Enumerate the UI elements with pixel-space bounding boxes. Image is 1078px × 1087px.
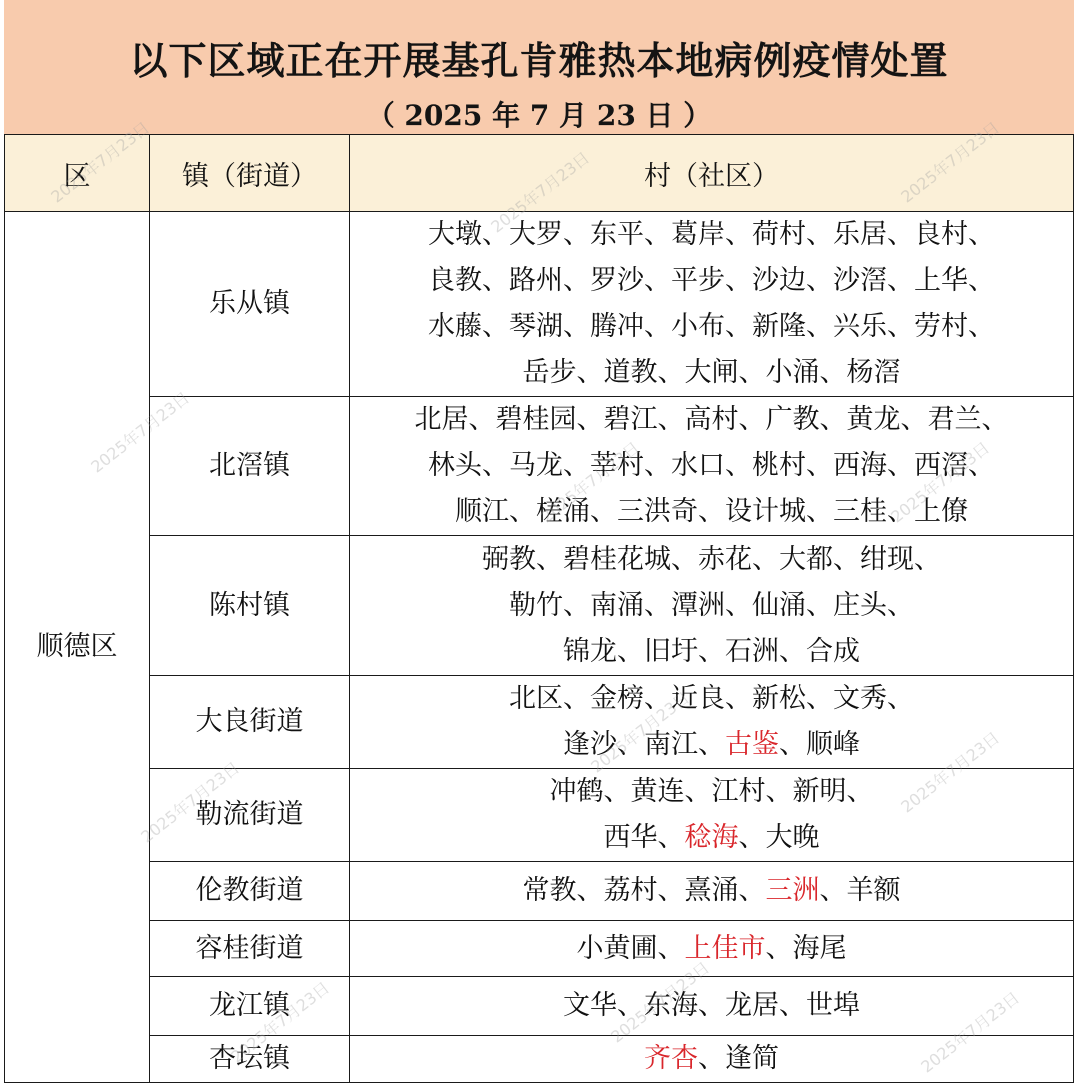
outbreak-area-table: 区 镇（街道） 村（社区） 顺德区乐从镇大墩、大罗、东平、葛岸、荷村、乐居、良村… [4, 134, 1074, 1083]
village-text: 良教、路州、罗沙、平步、沙边、沙滘、上华、 [428, 265, 995, 296]
table-row: 龙江镇文华、东海、龙居、世埠 [5, 977, 1074, 1036]
town-cell: 北滘镇 [150, 397, 350, 536]
header-town: 镇（街道） [150, 135, 350, 212]
village-line: 常教、荔村、熹涌、三洲、羊额 [350, 868, 1073, 914]
highlighted-village: 古鉴 [725, 729, 779, 760]
village-text: 、羊额 [820, 875, 901, 906]
town-cell: 陈村镇 [150, 536, 350, 676]
table-row: 杏坛镇齐杏、逢简 [5, 1036, 1074, 1083]
village-text: 逢沙、南江、 [563, 729, 725, 760]
village-line: 林头、马龙、莘村、水口、桃村、西海、西滘、 [350, 443, 1073, 489]
highlighted-village: 上佳市 [685, 933, 766, 964]
town-cell: 龙江镇 [150, 977, 350, 1036]
title-banner: 以下区域正在开展基孔肯雅热本地病例疫情处置 （ 2025 年 7 月 23 日 … [4, 0, 1074, 135]
village-line: 大墩、大罗、东平、葛岸、荷村、乐居、良村、 [350, 212, 1073, 258]
village-text: 弼教、碧桂花城、赤花、大都、绀现、 [482, 544, 941, 575]
village-cell: 小黄圃、上佳市、海尾 [350, 921, 1074, 977]
table-row: 伦教街道常教、荔村、熹涌、三洲、羊额 [5, 862, 1074, 921]
village-text: 锦龙、旧圩、石洲、合成 [563, 636, 860, 667]
village-text: 、海尾 [766, 933, 847, 964]
village-cell: 齐杏、逢简 [350, 1036, 1074, 1083]
village-text: 北区、金榜、近良、新松、文秀、 [509, 683, 914, 714]
village-line: 北区、金榜、近良、新松、文秀、 [350, 676, 1073, 722]
town-cell: 伦教街道 [150, 862, 350, 921]
village-cell: 常教、荔村、熹涌、三洲、羊额 [350, 862, 1074, 921]
page-title: 以下区域正在开展基孔肯雅热本地病例疫情处置 [4, 30, 1074, 85]
village-line: 小黄圃、上佳市、海尾 [350, 926, 1073, 972]
town-cell: 乐从镇 [150, 212, 350, 397]
village-text: 林头、马龙、莘村、水口、桃村、西海、西滘、 [428, 450, 995, 481]
village-cell: 文华、东海、龙居、世埠 [350, 977, 1074, 1036]
town-cell: 杏坛镇 [150, 1036, 350, 1083]
village-line: 水藤、琴湖、腾冲、小布、新隆、兴乐、劳村、 [350, 304, 1073, 350]
village-text: 常教、荔村、熹涌、 [523, 875, 766, 906]
village-text: 水藤、琴湖、腾冲、小布、新隆、兴乐、劳村、 [428, 311, 995, 342]
village-text: 小黄圃、 [577, 933, 685, 964]
district-cell: 顺德区 [5, 212, 150, 1083]
village-text: 岳步、道教、大闸、小涌、杨滘 [523, 357, 901, 388]
table-row: 陈村镇弼教、碧桂花城、赤花、大都、绀现、勒竹、南涌、潭洲、仙涌、庄头、锦龙、旧圩… [5, 536, 1074, 676]
village-text: 西华、 [604, 822, 685, 853]
town-cell: 大良街道 [150, 676, 350, 769]
table-row: 容桂街道小黄圃、上佳市、海尾 [5, 921, 1074, 977]
village-line: 冲鹤、黄连、江村、新明、 [350, 769, 1073, 815]
village-line: 顺江、槎涌、三洪奇、设计城、三桂、上僚 [350, 489, 1073, 535]
village-line: 弼教、碧桂花城、赤花、大都、绀现、 [350, 537, 1073, 583]
village-text: 冲鹤、黄连、江村、新明、 [550, 776, 874, 807]
village-line: 良教、路州、罗沙、平步、沙边、沙滘、上华、 [350, 258, 1073, 304]
village-line: 岳步、道教、大闸、小涌、杨滘 [350, 350, 1073, 396]
village-text: 北居、碧桂园、碧江、高村、广教、黄龙、君兰、 [415, 404, 1009, 435]
header-village: 村（社区） [350, 135, 1074, 212]
village-line: 勒竹、南涌、潭洲、仙涌、庄头、 [350, 583, 1073, 629]
village-text: 、大晚 [739, 822, 820, 853]
highlighted-village: 三洲 [766, 875, 820, 906]
village-text: 文华、东海、龙居、世埠 [563, 990, 860, 1021]
town-cell: 勒流街道 [150, 769, 350, 862]
table-row: 勒流街道冲鹤、黄连、江村、新明、西华、稔海、大晚 [5, 769, 1074, 862]
village-line: 锦龙、旧圩、石洲、合成 [350, 629, 1073, 675]
page-date: （ 2025 年 7 月 23 日 ） [4, 94, 1074, 134]
village-cell: 北区、金榜、近良、新松、文秀、逢沙、南江、古鉴、顺峰 [350, 676, 1074, 769]
town-cell: 容桂街道 [150, 921, 350, 977]
highlighted-village: 稔海 [685, 822, 739, 853]
village-cell: 大墩、大罗、东平、葛岸、荷村、乐居、良村、良教、路州、罗沙、平步、沙边、沙滘、上… [350, 212, 1074, 397]
village-cell: 冲鹤、黄连、江村、新明、西华、稔海、大晚 [350, 769, 1074, 862]
header-district: 区 [5, 135, 150, 212]
village-text: 大墩、大罗、东平、葛岸、荷村、乐居、良村、 [428, 219, 995, 250]
village-line: 齐杏、逢简 [350, 1036, 1073, 1082]
village-line: 西华、稔海、大晚 [350, 815, 1073, 861]
village-text: 顺江、槎涌、三洪奇、设计城、三桂、上僚 [455, 496, 968, 527]
village-cell: 北居、碧桂园、碧江、高村、广教、黄龙、君兰、林头、马龙、莘村、水口、桃村、西海、… [350, 397, 1074, 536]
village-line: 文华、东海、龙居、世埠 [350, 983, 1073, 1029]
table-row: 顺德区乐从镇大墩、大罗、东平、葛岸、荷村、乐居、良村、良教、路州、罗沙、平步、沙… [5, 212, 1074, 397]
village-text: 、顺峰 [779, 729, 860, 760]
village-line: 逢沙、南江、古鉴、顺峰 [350, 722, 1073, 768]
table-row: 大良街道北区、金榜、近良、新松、文秀、逢沙、南江、古鉴、顺峰 [5, 676, 1074, 769]
village-cell: 弼教、碧桂花城、赤花、大都、绀现、勒竹、南涌、潭洲、仙涌、庄头、锦龙、旧圩、石洲… [350, 536, 1074, 676]
village-text: 勒竹、南涌、潭洲、仙涌、庄头、 [509, 590, 914, 621]
table-row: 北滘镇北居、碧桂园、碧江、高村、广教、黄龙、君兰、林头、马龙、莘村、水口、桃村、… [5, 397, 1074, 536]
village-text: 、逢简 [698, 1043, 779, 1074]
table-header-row: 区 镇（街道） 村（社区） [5, 135, 1074, 212]
highlighted-village: 齐杏 [644, 1043, 698, 1074]
village-line: 北居、碧桂园、碧江、高村、广教、黄龙、君兰、 [350, 397, 1073, 443]
